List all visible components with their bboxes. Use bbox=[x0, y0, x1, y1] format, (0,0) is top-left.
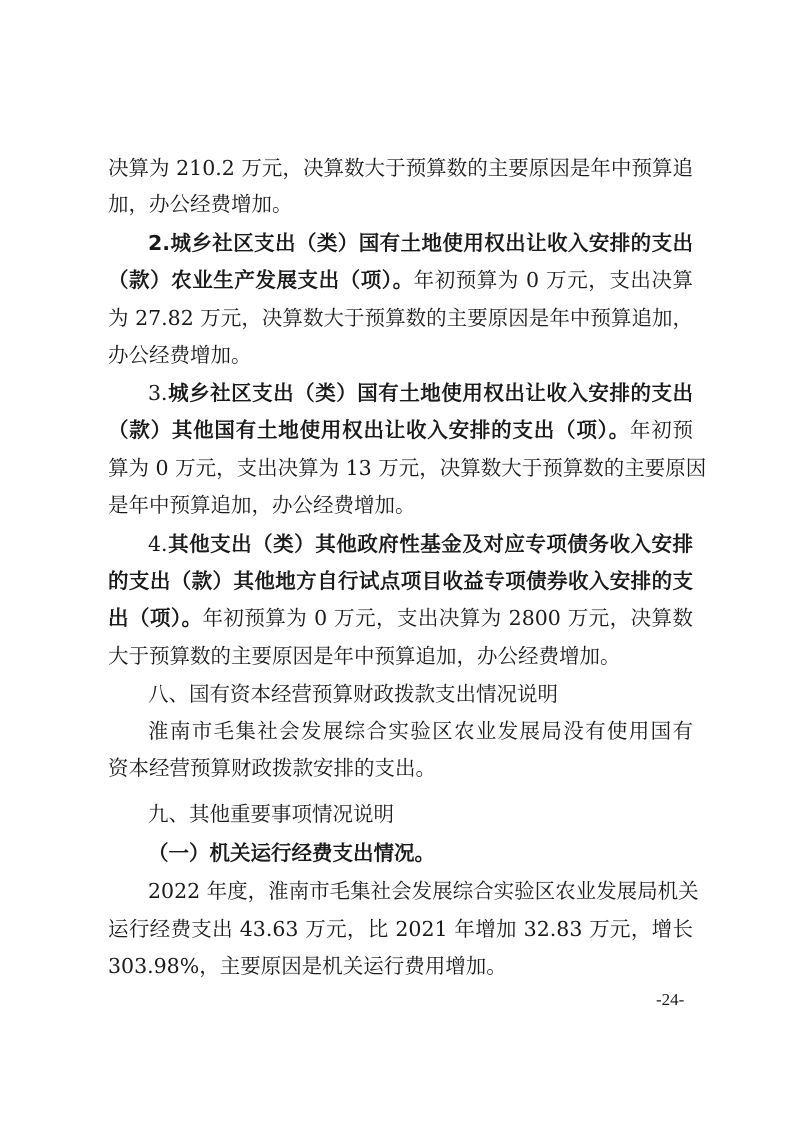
item-3-title: 城乡社区支出（类）国有土地使用权出让收入安排的支出 bbox=[168, 381, 693, 405]
subsection-1-title: （一）机关运行经费支出情况。 bbox=[148, 841, 435, 865]
page-number: -24- bbox=[656, 990, 684, 1010]
section-8-line-2: 资本经营预算财政拨款安排的支出。 bbox=[108, 751, 693, 785]
item-3-title-cont: （款）其他国有土地使用权出让收入安排的支出（项）。 bbox=[108, 418, 630, 442]
item-3-body-start: 年初预 bbox=[630, 418, 693, 442]
item-4-line-4: 大于预算数的主要原因是年中预算追加，办公经费增加。 bbox=[108, 639, 693, 673]
document-page: 决算为 210.2 万元，决算数大于预算数的主要原因是年中预算追 加，办公经费增… bbox=[0, 0, 793, 1122]
section-9-subsection-1-heading: （一）机关运行经费支出情况。 bbox=[148, 836, 693, 870]
item-2-body-start: 年初预算为 0 万元，支出决算 bbox=[414, 268, 693, 292]
item-4-title-end: 出（项）。 bbox=[108, 606, 202, 630]
item-4-body-start: 年初预算为 0 万元，支出决算为 2800 万元，决算数 bbox=[202, 606, 693, 630]
item-4-title-cont: 的支出（款）其他地方自行试点项目收益专项债券收入安排的支 bbox=[108, 569, 693, 593]
item-4-line-1: 4.其他支出（类）其他政府性基金及对应专项债务收入安排 bbox=[148, 527, 693, 561]
section-8-line-1: 淮南市毛集社会发展综合实验区农业发展局没有使用国有 bbox=[148, 714, 693, 748]
item-3-line-2: （款）其他国有土地使用权出让收入安排的支出（项）。年初预 bbox=[108, 413, 693, 447]
paragraph-1-continued-line-2: 加，办公经费增加。 bbox=[108, 187, 693, 221]
item-4-line-2: 的支出（款）其他地方自行试点项目收益专项债券收入安排的支 bbox=[108, 564, 693, 598]
item-3-number: 3. bbox=[148, 381, 168, 405]
item-2-line-4: 办公经费增加。 bbox=[108, 338, 693, 372]
item-2-line-3: 为 27.82 万元，决算数大于预算数的主要原因是年中预算追加， bbox=[108, 301, 693, 335]
item-2-title: 2.城乡社区支出（类）国有土地使用权出让收入安排的支出 bbox=[148, 231, 693, 255]
item-4-line-3: 出（项）。年初预算为 0 万元，支出决算为 2800 万元，决算数 bbox=[108, 601, 693, 635]
item-3-line-1: 3.城乡社区支出（类）国有土地使用权出让收入安排的支出 bbox=[148, 376, 693, 410]
item-4-title: 其他支出（类）其他政府性基金及对应专项债务收入安排 bbox=[168, 532, 693, 556]
section-9-line-1: 2022 年度，淮南市毛集社会发展综合实验区农业发展局机关 bbox=[148, 874, 693, 908]
section-9-heading: 九、其他重要事项情况说明 bbox=[148, 797, 693, 831]
item-3-line-4: 是年中预算追加，办公经费增加。 bbox=[108, 488, 693, 522]
item-2-title-cont: （款）农业生产发展支出（项）。 bbox=[108, 268, 414, 292]
section-9-line-3: 303.98%，主要原因是机关运行费用增加。 bbox=[108, 949, 693, 983]
item-3-line-3: 算为 0 万元，支出决算为 13 万元，决算数大于预算数的主要原因 bbox=[108, 451, 693, 485]
paragraph-1-continued-line-1: 决算为 210.2 万元，决算数大于预算数的主要原因是年中预算追 bbox=[108, 151, 693, 185]
item-2-line-2: （款）农业生产发展支出（项）。年初预算为 0 万元，支出决算 bbox=[108, 263, 693, 297]
section-9-line-2: 运行经费支出 43.63 万元，比 2021 年增加 32.83 万元，增长 bbox=[108, 912, 693, 946]
item-2-line-1: 2.城乡社区支出（类）国有土地使用权出让收入安排的支出 bbox=[148, 226, 693, 260]
item-4-number: 4. bbox=[148, 532, 168, 556]
section-8-heading: 八、国有资本经营预算财政拨款支出情况说明 bbox=[148, 677, 693, 711]
